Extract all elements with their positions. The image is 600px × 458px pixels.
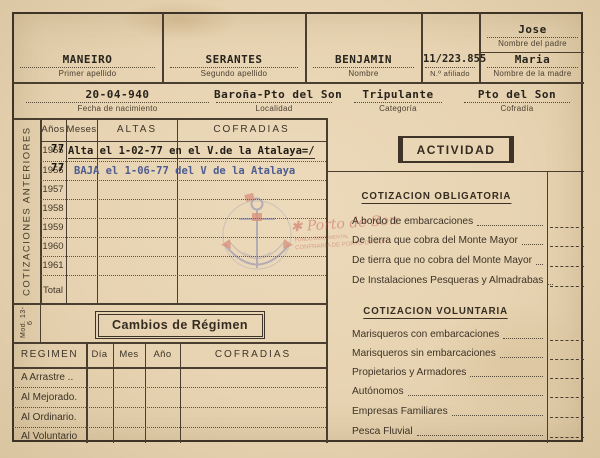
year-1959: 1959 (40, 222, 66, 234)
answer-line (550, 397, 584, 398)
reg-col-ano: Año (145, 349, 180, 361)
nombre-padre-value: Jose (485, 23, 580, 36)
heading-voluntaria-text: COTIZACION VOLUNTARIA (364, 305, 509, 319)
nombre-label: Nombre (311, 69, 416, 79)
col-cofradias: COFRADIAS (177, 124, 326, 136)
regimen-row-mejorado: Al Mejorado. (21, 392, 77, 404)
year-1961: 1961 (40, 260, 66, 272)
nombre-value: BENJAMIN (311, 53, 416, 66)
answer-line (550, 266, 584, 267)
act-item-instalaciones: De Instalaciones Pesqueras y Almadrabas (352, 275, 544, 287)
answer-line (550, 246, 584, 247)
act-item-marisqueros-sin: Marisqueros sin embarcaciones (352, 348, 544, 360)
year-1960: 1960 (40, 241, 66, 253)
rule (547, 171, 548, 443)
actividad-title: ACTIVIDAD (417, 143, 496, 157)
act-item-tierra-cobra: De tierra que cobra del Monte Mayor (352, 235, 544, 247)
col-meses: Meses (66, 124, 97, 136)
regimen-row-arrastre: A Arrastre .. (21, 372, 73, 384)
nombre-madre-label: Nombre de la madre (485, 69, 580, 79)
act-item-pesca-fluvial: Pesca Fluvial (352, 426, 544, 438)
field-segundo-apellido: SERANTES Segundo apellido (164, 14, 304, 81)
rule (13, 118, 326, 120)
rule (13, 387, 326, 388)
act-item-tierra-no-cobra: De tierra que no cobra del Monte Mayor (352, 255, 544, 267)
num-afiliado-label: N.º afiliado (423, 69, 477, 79)
segundo-apellido-label: Segundo apellido (168, 69, 300, 79)
categoria-label: Categoría (352, 104, 444, 114)
col-anos: Años (40, 124, 66, 136)
rule (40, 256, 326, 257)
reg-col-dia: Día (86, 349, 113, 361)
field-primer-apellido: MANEIRO Primer apellido (14, 14, 161, 81)
dotted-leader (503, 338, 543, 339)
answer-line (550, 227, 584, 228)
cambios-regimen-box: Cambios de Régimen (95, 311, 265, 339)
cambios-regimen-title: Cambios de Régimen (112, 318, 248, 332)
rule (40, 161, 326, 162)
actividad-box: ACTIVIDAD (398, 136, 514, 163)
dotted-leader (452, 415, 543, 416)
rule (326, 171, 584, 172)
col-altas: ALTAS (97, 124, 177, 136)
heading-voluntaria: COTIZACION VOLUNTARIA (346, 301, 526, 319)
answer-line (550, 286, 584, 287)
dotted-leader (408, 395, 543, 396)
rule (313, 67, 414, 68)
fecha-nacimiento-label: Fecha de nacimiento (24, 104, 211, 114)
rule (40, 180, 326, 181)
rule (20, 67, 155, 68)
rule (326, 118, 328, 443)
regimen-row-voluntario: Al Voluntario (21, 431, 77, 443)
scanned-registry-card: MANEIRO Primer apellido SERANTES Segundo… (0, 0, 600, 458)
act-item-empresas: Empresas Familiares (352, 406, 544, 418)
rule (170, 67, 298, 68)
cofradia-label: Cofradía (462, 104, 572, 114)
heading-obligatoria: COTIZACION OBLIGATORIA (346, 186, 526, 204)
dotted-leader (536, 264, 543, 265)
mod-side-label: Mod. 13-6 (14, 305, 40, 340)
year-1957: 1957 (40, 184, 66, 196)
act-item-autonomos: Autónomos (352, 386, 544, 398)
field-localidad: Baroña-Pto del Son Localidad (210, 84, 338, 116)
dotted-leader (417, 435, 543, 436)
answer-line (550, 359, 584, 360)
rule (40, 218, 326, 219)
rule (425, 67, 475, 68)
cotizaciones-side-label: COTIZACIONES ANTERIORES (14, 120, 40, 302)
rule (40, 303, 41, 342)
field-nombre-padre: Jose Nombre del padre (481, 13, 584, 51)
rule (40, 275, 326, 276)
reg-col-regimen: REGIMEN (13, 349, 86, 361)
rule (40, 237, 326, 238)
rule (13, 367, 326, 369)
primer-apellido-label: Primer apellido (18, 69, 157, 79)
dotted-leader (500, 357, 543, 358)
answer-line (550, 340, 584, 341)
dotted-leader (522, 244, 543, 245)
rule (13, 407, 326, 408)
rule (13, 342, 326, 344)
dotted-leader (470, 376, 543, 377)
dotted-leader (547, 284, 553, 285)
cofradia-value: Pto del Son (462, 88, 572, 101)
rule (487, 67, 578, 68)
rule (464, 102, 570, 103)
field-nombre: BENJAMIN Nombre (307, 14, 420, 81)
baja-entry: BAJA el 1-06-77 del V de la Atalaya (74, 165, 295, 177)
nombre-padre-label: Nombre del padre (485, 39, 580, 49)
rule (40, 199, 326, 200)
field-cofradia: Pto del Son Cofradía (458, 84, 576, 116)
primer-apellido-value: MANEIRO (18, 53, 157, 66)
field-fecha-nacimiento: 20-04-940 Fecha de nacimiento (20, 84, 215, 116)
field-num-afiliado: 11/223.855 N.º afiliado (422, 14, 478, 81)
answer-line (550, 378, 584, 379)
act-item-propietarios: Propietarios y Armadores (352, 367, 544, 379)
nombre-madre-value: Maria (485, 53, 580, 66)
total-label: Total (40, 285, 66, 297)
year-1958: 1958 (40, 203, 66, 215)
act-item-bordo: A bordo de embarcaciones (352, 216, 544, 228)
year-overstrike: 77 (51, 143, 65, 155)
rule (40, 141, 326, 142)
regimen-row-ordinario: Al Ordinario. (21, 412, 77, 424)
rule (487, 37, 578, 38)
dotted-leader (477, 225, 543, 226)
field-categoria: Tripulante Categoría (348, 84, 448, 116)
answer-line (550, 437, 584, 438)
rule (13, 427, 326, 428)
alta-entry: Alta el 1-02-77 en el V.de la Atalaya=/ (68, 145, 315, 159)
field-nombre-madre: Maria Nombre de la madre (481, 54, 584, 81)
fecha-nacimiento-value: 20-04-940 (24, 88, 211, 101)
rule (216, 102, 332, 103)
act-item-marisqueros-con: Marisqueros con embarcaciones (352, 329, 544, 341)
rule (26, 102, 209, 103)
categoria-value: Tripulante (352, 88, 444, 101)
rule (354, 102, 442, 103)
num-afiliado-value: 11/223.855 (423, 53, 477, 66)
heading-obligatoria-text: COTIZACION OBLIGATORIA (361, 190, 511, 204)
year-overstrike: 77 (51, 162, 65, 174)
localidad-label: Localidad (214, 104, 334, 114)
segundo-apellido-value: SERANTES (168, 53, 300, 66)
rule (13, 303, 326, 305)
localidad-value: Baroña-Pto del Son (214, 88, 334, 101)
answer-line (550, 417, 584, 418)
reg-col-mes: Mes (113, 349, 145, 361)
reg-col-cofradias: COFRADIAS (180, 349, 326, 361)
